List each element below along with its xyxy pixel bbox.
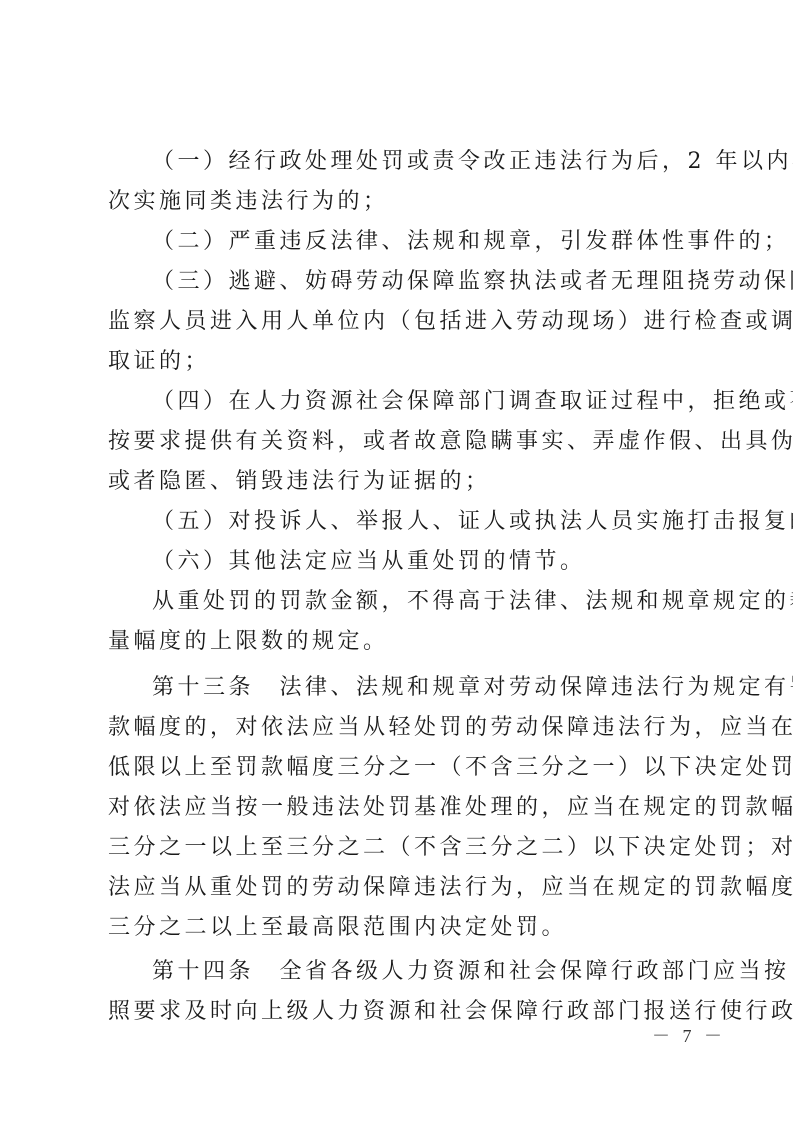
text-line: 从重处罚的罚款金额，不得高于法律、法规和规章规定的裁 [152,582,793,622]
text-line: 三分之二以上至最高限范围内决定处罚。 [108,908,567,948]
text-line: 款幅度的，对依法应当从轻处罚的劳动保障违法行为，应当在最 [108,708,793,748]
article-13-heading-line: 第十三条 法律、法规和规章对劳动保障违法行为规定有罚 [152,668,793,708]
text-line: 按要求提供有关资料，或者故意隐瞒事实、弄虚作假、出具伪证， [108,422,793,462]
text-line: （一）经行政处理处罚或责令改正违法行为后，2 年以内再 [152,142,793,182]
text-line: 监察人员进入用人单位内（包括进入劳动现场）进行检查或调查 [108,302,793,342]
text-line: 次实施同类违法行为的； [108,182,389,222]
text-line: 或者隐匿、销毁违法行为证据的； [108,462,491,502]
text-line: 量幅度的上限数的规定。 [108,622,389,662]
text-line: （二）严重违反法律、法规和规章，引发群体性事件的； [152,222,790,262]
text-line: （六）其他法定应当从重处罚的情节。 [152,542,586,582]
text-line: （四）在人力资源社会保障部门调查取证过程中，拒绝或不 [152,382,793,422]
text-line: （五）对投诉人、举报人、证人或执法人员实施打击报复的； [152,502,793,542]
text-line: 三分之一以上至三分之二（不含三分之二）以下决定处罚；对依 [108,828,793,868]
text-line: 法应当从重处罚的劳动保障违法行为，应当在规定的罚款幅度的 [108,868,793,908]
page-number: － 7 － [652,1022,726,1048]
text-line: 对依法应当按一般违法处罚基准处理的，应当在规定的罚款幅度 [108,788,793,828]
text-line: 取证的； [108,342,210,382]
text-line: 低限以上至罚款幅度三分之一（不含三分之一）以下决定处罚； [108,748,793,788]
article-14-heading-line: 第十四条 全省各级人力资源和社会保障行政部门应当按 [152,952,790,992]
text-line: （三）逃避、妨碍劳动保障监察执法或者无理阻挠劳动保障 [152,262,793,302]
